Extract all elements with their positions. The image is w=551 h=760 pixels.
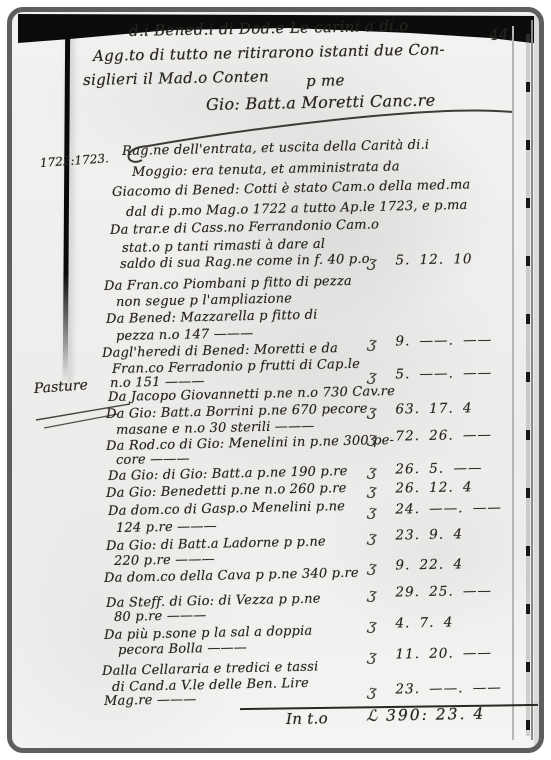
entry-flourish: ʒ (367, 584, 379, 603)
amount-row: ʒ 72. 26. —— (368, 427, 492, 447)
amount-value: 4. 7. 4 (395, 615, 453, 632)
body-line: 80 p.re ——— (114, 608, 207, 625)
amount-value: 9. 22. 4 (395, 556, 463, 573)
header-line-3: siglieri il Mad.o Conten (83, 67, 269, 89)
entry-flourish: ʒ (367, 480, 379, 499)
entry-flourish: ʒ (367, 428, 379, 447)
amount-row: ʒ 23. 9. 4 (368, 526, 463, 546)
body-line: Mag.re ——— (104, 692, 197, 709)
body-line: core ——— (116, 451, 190, 468)
amount-row: ʒ 4. 7. 4 (368, 615, 454, 634)
next-page-edge (534, 16, 541, 746)
body-line: 124 p.re ——— (116, 519, 217, 536)
amount-row: ʒ 29. 25. —— (368, 583, 492, 603)
amount-value: 26. 5. —— (395, 460, 482, 478)
amount-value: 5. 12. 10 (395, 251, 472, 268)
amount-row: ʒ 9. ——. —— (368, 332, 493, 352)
entry-flourish: ʒ (367, 527, 379, 546)
amount-value: 23. 9. 4 (395, 526, 463, 543)
amount-row: ʒ 5. 12. 10 (368, 251, 473, 271)
binding-line (531, 20, 533, 740)
amount-row: ʒ 23. ——. —— (368, 680, 502, 700)
amount-row: ʒ 9. 22. 4 (368, 556, 463, 576)
amount-row: ʒ 24. ——. —— (368, 500, 502, 520)
amount-value: 63. 17. 4 (395, 400, 472, 417)
entry-flourish: ʒ (367, 501, 379, 520)
page-number: 44. (489, 25, 514, 44)
total-label: In t.o (286, 709, 328, 728)
total-amount: ℒ 390: 23. 4 (366, 705, 486, 725)
amount-row: ʒ 63. 17. 4 (368, 400, 473, 420)
amount-value: 24. ——. —— (395, 500, 502, 518)
header-attestation: p me (306, 71, 345, 90)
binding-stitches (526, 24, 530, 736)
entry-flourish: ʒ (367, 333, 379, 352)
entry-flourish: ʒ (367, 681, 379, 700)
amount-value: 23. ——. —— (395, 680, 502, 698)
amount-value: 26. 12. 4 (395, 479, 472, 496)
amount-value: 72. 26. —— (395, 427, 492, 445)
amount-row: ʒ 26. 12. 4 (368, 479, 473, 499)
entry-flourish: ʒ (367, 557, 379, 576)
amount-value: 29. 25. —— (395, 583, 492, 601)
manuscript-photo: d.i Bened.i di Dod.e Le carini a di.o 44… (0, 0, 551, 760)
entry-flourish: ʒ (367, 646, 379, 665)
entry-flourish: ʒ (367, 252, 379, 271)
body-line: pecora Bolla ——— (118, 640, 247, 658)
entry-flourish: ʒ (367, 366, 379, 385)
amount-value: 5. ——. —— (395, 365, 492, 383)
amount-value: 9. ——. —— (395, 332, 492, 350)
entry-flourish: ʒ (367, 615, 379, 634)
body-line: pezza n.o 147 ——— (116, 326, 254, 344)
body-line: 220 p.re ——— (114, 552, 215, 569)
amount-value: 11. 20. —— (395, 645, 492, 663)
entry-flourish: ʒ (367, 461, 379, 480)
amount-row: ʒ 26. 5. —— (368, 460, 483, 480)
amount-row: ʒ 5. ——. —— (368, 365, 493, 385)
page-fold-line (512, 26, 514, 740)
entry-flourish: ʒ (367, 401, 379, 420)
amount-row: ʒ 11. 20. —— (368, 645, 492, 665)
